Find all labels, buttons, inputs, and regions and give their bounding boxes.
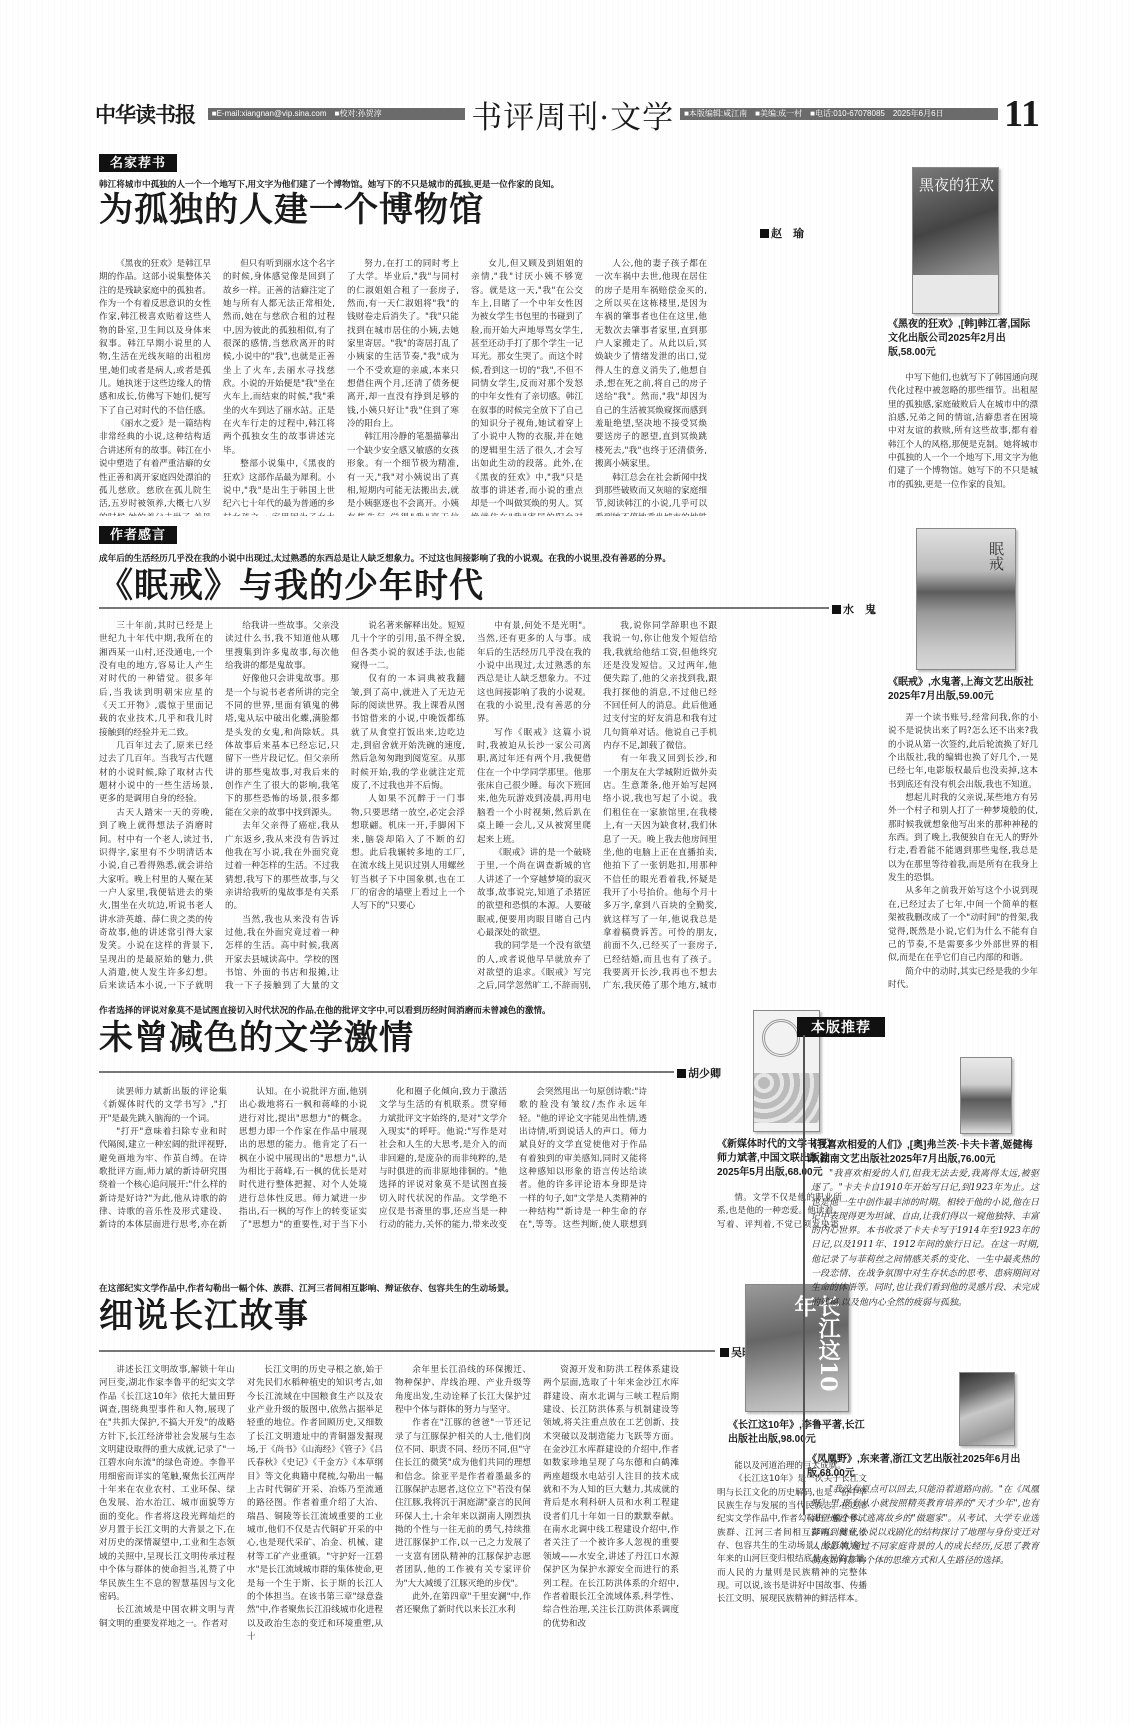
article3-lead: 作者选择的评说对象莫不是试图直接切入时代状况的作品,在他的批评文字中,可以看到历… <box>99 1004 551 1016</box>
article3-body: 读罢师力斌新出版的评论集《新媒体时代的文学书写》,"打开"是最先跳入脑海的一个词… <box>99 1086 647 1228</box>
paragraph: 古天人踏宋一天的旁晚,到了晚上就得想法子消磨时间。村中有一个老人,读过书,识得字… <box>99 807 213 992</box>
paragraph: 认知。在小说批评方面,他别出心裁地将石一枫和蒋峰的小说进行对比,提出"思想力"的… <box>239 1086 367 1228</box>
article1-lead: 韩江将城市中孤独的人一个一个地写下,用文字为他们建了一个博物馆。她写下的不只是城… <box>99 178 559 190</box>
article3-byline: 胡少卿 <box>677 1065 721 1081</box>
book-cover-kafka <box>960 1057 1012 1134</box>
section-tag-author-note: 作者感言 <box>99 526 177 544</box>
paragraph: 讲述长江文明故事,解锁十年山河巨变,湖北作家李鲁平的纪实文学作品《长江这10年》… <box>99 1364 235 1604</box>
book-cover-night-carnival: 黑夜的狂欢 <box>912 167 999 314</box>
article2-right-col: 弄一个读书账号,经常问我,你的小说不是说快出来了吗?怎么还不出来?我的小说从第一… <box>888 712 1038 996</box>
paragraph: "我没有原点可以回去,只能沿着道路向前。"在《凤凰野》里,既有从小就按照精英教育… <box>811 1483 1039 1569</box>
article2-col-5: 我,说你同学辞职也不跟我说一句,你让他发个短信给我,我就给他结工资,但他终究还是… <box>603 620 717 992</box>
section-title: 书评周刊·文学 <box>465 92 680 137</box>
sidebar-book2-blurb: "我没有原点可以回去,只能沿着道路向前。"在《凤凰野》里,既有从小就按照精英教育… <box>811 1483 1039 1569</box>
article1-col-2: 但只有听到丽水这个名字的时候,身体感觉像是回到了故乡一样。正善的洁癖注定了她与所… <box>223 258 335 516</box>
cover-ornament <box>762 1019 800 1057</box>
sidebar-book1-caption: 《我喜欢相爱的人们》,[奥]弗兰茨·卡夫卡著,姬健梅译,湖南文艺出版社2025年… <box>807 1139 1039 1167</box>
section-tag-featured: 名家荐书 <box>99 154 177 172</box>
article3-col-2: 认知。在小说批评方面,他别出心裁地将石一枫和蒋峰的小说进行对比,提出"思想力"的… <box>239 1086 367 1228</box>
paragraph: "打开"意味着扫除专业和时代隔阂,建立一种宏阔的批评视野,避免画地为牢、作茧自缚… <box>99 1126 227 1228</box>
paragraph: 整部小说集中,《黑夜的狂欢》这部作品最为犀利。小说中,"我"是出生于韩国上世纪六… <box>223 458 335 516</box>
article4-rule <box>99 1350 715 1352</box>
newspaper-page: 中华读书报 ■E-mail:xiangnan@vip.sina.com ■校对:… <box>0 0 1133 1725</box>
paragraph: 长江文明的历史寻根之旅,始于对先民们水稻种植史的知识考古,如今长江流域在中国粮食… <box>247 1364 383 1644</box>
paragraph: 想起儿时我的父亲说,某些地方有另外一个村子和别人打了一种梦境般的仗,那时候我就想… <box>888 792 1038 885</box>
paragraph: 人如果不沉醉于一门事物,只要思绪一放空,必定会浮想联翩。机床一开,手脚闲下来,脑… <box>351 793 465 913</box>
paragraph: 我的同学是一个没有欲望的人,或者说他早早就放弃了对欲望的追求。《眠戒》写完之后,… <box>477 940 591 992</box>
article2-byline: 水 鬼 <box>832 601 876 617</box>
article3-col-4: 会突然甩出一句原创诗歌:"诗歌的脸没有皱纹/杰作永远年轻。"他的评论文字能见出性… <box>519 1086 647 1228</box>
book-cover-mianjie: 眠戒 <box>916 528 1016 670</box>
paragraph: 弄一个读书账号,经常问我,你的小说不是说快出来了吗?怎么还不出来?我的小说从第一… <box>888 712 1038 792</box>
paragraph: 会突然甩出一句原创诗歌:"诗歌的脸没有皱纹/杰作永远年轻。"他的评论文字能见出性… <box>519 1086 647 1228</box>
contact-bar: ■E-mail:xiangnan@vip.sina.com ■校对:孙贺淳 <box>208 108 465 120</box>
article4-col-3: 余年里长江沿线的环保搬迁、物种保护、岸线治理、产业升级等角度出发,生动诠释了长江… <box>395 1364 531 1714</box>
paragraph: 《眠戒》讲的是一个破晓于里,一个尚在调查新城的官人讲述了一个穿越梦境的寂灭故事,… <box>477 847 591 940</box>
paragraph: 《黑夜的狂欢》是韩江早期的作品。这部小说集整体关注的是残缺家庭中的孤独者。作为一… <box>99 258 211 418</box>
paragraph: "我喜欢相爱的人们,但我无法去爱,我离得太远,被驱逐了。"卡夫卡自1910年开始… <box>811 1167 1039 1310</box>
paragraph: 人公,他的妻子孩子都在一次车祸中去世,他现在居住的房子是用车祸赔偿金买的,之所以… <box>595 258 707 472</box>
paragraph: 去年父亲得了癌症,我从广东返乡,我从来没有告诉过他我在写小说,我在外面究竟过着一… <box>225 820 339 913</box>
article2-lead: 成年后的生活经历几乎没在我的小说中出现过,太过熟悉的东西总是让人缺乏想象力。不过… <box>99 552 671 564</box>
cover-band <box>913 275 998 313</box>
paragraph: 化和圈子化倾向,致力于激活文学与生活的有机联系。贯穿师力斌批评文字始终的,是对"… <box>379 1086 507 1228</box>
sidebar-rule <box>803 1035 805 1515</box>
paragraph: 作者在"江豚的爸爸"一节还记录了与江豚保护相关的人士,他们岗位不同、职责不同、经… <box>395 1417 531 1590</box>
paragraph: 仅有的一本词典被我翻皱,到了高中,就进入了无边无际的阅读世界。我上课看从图书馆借… <box>351 673 465 793</box>
article1-byline: 赵 瑜 <box>760 225 804 241</box>
paragraph: 当然,我也从来没有告诉过他,我在外面究竟过着一种怎样的生活。高中时候,我离开家去… <box>225 914 339 992</box>
paragraph: 中有景,何处不是光明"。当然,还有更多的人与事。成年后的生活经历几乎没在我的小说… <box>477 620 591 727</box>
article2-col-4: 中有景,何处不是光明"。当然,还有更多的人与事。成年后的生活经历几乎没在我的小说… <box>477 620 591 992</box>
newspaper-logo: 中华读书报 <box>95 99 198 129</box>
paragraph: 有一年我又回到长沙,和一个朋友在大学城附近做外卖店。生意萧条,他开始写起网络小说… <box>603 753 717 992</box>
paragraph: 韩江总会在社会新闻中找到那些破败而又灰暗的家庭细节,阅读韩江的小说,几乎可以看到… <box>595 472 707 517</box>
article4-col-2: 长江文明的历史寻根之旅,始于对先民们水稻种植史的知识考古,如今长江流域在中国粮食… <box>247 1364 383 1714</box>
paragraph: 女儿,但又顾及到姐姐的亲情,"我"讨厌小姨不够宽容。就是这一天,"我"在公交车上… <box>471 258 583 516</box>
article4-body: 讲述长江文明故事,解锁十年山河巨变,湖北作家李鲁平的纪实文学作品《长江这10年》… <box>99 1364 679 1714</box>
paragraph: 长江流域是中国农耕文明与青铜文明的重要发祥地之一。作者对 <box>99 1604 235 1631</box>
article2-col-3: 说名著来解释出处。短短几十个字的引用,虽不得全貌,但各类小说的叙述手法,也能窥得… <box>351 620 465 992</box>
article3-col-1: 读罢师力斌新出版的评论集《新媒体时代的文学书写》,"打开"是最先跳入脑海的一个词… <box>99 1086 227 1228</box>
paragraph: 给我讲一些故事。父亲没读过什么书,我不知道他从哪里搜集到许多鬼故事,每次他给我讲… <box>225 620 339 673</box>
sidebar-book2-caption: 《凤凰野》,东来著,浙江文艺出版社2025年6月出版,68.00元 <box>807 1453 1039 1481</box>
article2-col-1: 三十年前,其时已经是上世纪九十年代中期,我所在的湘西某一山村,还没通电,一个没有… <box>99 620 213 992</box>
sidebar-tag: 本版推荐 <box>797 1017 885 1037</box>
editor-bar: ■本版编辑:咸江南 ■美编:成一村 ■电话:010-67078085 2025年… <box>680 108 998 120</box>
paragraph: 写作《眠戒》这篇小说时,我被迫从长沙一家公司离职,离过年还有两个月,我便借住在一… <box>477 727 591 847</box>
article2-body: 三十年前,其时已经是上世纪九十年代中期,我所在的湘西某一山村,还没通电,一个没有… <box>99 620 717 992</box>
article2-col-2: 给我讲一些故事。父亲没读过什么书,我不知道他从哪里搜集到许多鬼故事,每次他给我讲… <box>225 620 339 992</box>
page-number: 11 <box>1004 92 1040 136</box>
article1-headline: 为孤独的人建一个博物馆 <box>99 190 484 230</box>
paragraph: 此外,在第四章"千里安澜"中,作者还聚焦了新时代以来长江水利 <box>395 1591 531 1618</box>
article2-book-caption: 《眠戒》,水鬼著,上海文艺出版社2025年7月出版,59.00元 <box>888 676 1038 704</box>
paragraph: 简介中的动时,其实已经是我的少年时代。 <box>888 966 1038 993</box>
article1-book-caption: 《黑夜的狂欢》,[韩]韩江著,国际文化出版公司2025年2月出版,58.00元 <box>888 318 1038 360</box>
article1-col-1: 《黑夜的狂欢》是韩江早期的作品。这部小说集整体关注的是残缺家庭中的孤独者。作为一… <box>99 258 211 516</box>
paragraph: 好像他只会讲鬼故事。那是一个与说书老者所讲的完全不同的世界,里面有镇鬼的佛塔,鬼… <box>225 673 339 820</box>
article2-rule <box>99 607 829 609</box>
paragraph: 但只有听到丽水这个名字的时候,身体感觉像是回到了故乡一样。正善的洁癖注定了她与所… <box>223 258 335 458</box>
article3-rule <box>99 1071 674 1073</box>
paragraph: 《丽水之爱》是一篇结构非常经典的小说,这种结构适合讲述所有的故事。韩江在小说中塑… <box>99 418 211 516</box>
article1-col-3: 努力,在打工的同时考上了大学。毕业后,"我"与同村的仁淑姐姐合租了一套房子,然而… <box>347 258 459 516</box>
article1-col-4: 女儿,但又顾及到姐姐的亲情,"我"讨厌小姨不够宽容。就是这一天,"我"在公交车上… <box>471 258 583 516</box>
paragraph: 韩江用冷静的笔墨描摹出一个缺少安全感又敏感的女孩形象。有一个细节极为精准,有一天… <box>347 431 459 516</box>
book-cover-phoenix-field <box>959 1372 1015 1446</box>
article3-col-3: 化和圈子化倾向,致力于激活文学与生活的有机联系。贯穿师力斌批评文字始终的,是对"… <box>379 1086 507 1228</box>
recommendations-sidebar: 本版推荐 《我喜欢相爱的人们》,[奥]弗兰茨·卡夫卡著,姬健梅译,湖南文艺出版社… <box>797 1017 1042 1537</box>
article2-headline: 《眠戒》与我的少年时代 <box>99 566 484 606</box>
paragraph: 我,说你同学辞职也不跟我说一句,你让他发个短信给我,我就给他结工资,但他终究还是… <box>603 620 717 753</box>
article4-lead: 在这部纪实文学作品中,作者勾勒出一幅个体、族群、江河三者间相互影响、辩证依存、包… <box>99 1282 514 1294</box>
article3-headline: 未曾减色的文学激情 <box>99 1018 414 1058</box>
paragraph: 中写下他们,也就写下了韩国通向现代化过程中被忽略的那些细节。出租屋里的孤独感,家… <box>888 372 1038 492</box>
article4-headline: 细说长江故事 <box>99 1296 309 1336</box>
paragraph: 三十年前,其时已经是上世纪九十年代中期,我所在的湘西某一山村,还没通电,一个没有… <box>99 620 213 740</box>
article1-col-5: 人公,他的妻子孩子都在一次车祸中去世,他现在居住的房子是用车祸赔偿金买的,之所以… <box>595 258 707 516</box>
paragraph: 说名著来解释出处。短短几十个字的引用,虽不得全貌,但各类小说的叙述手法,也能窥得… <box>351 620 465 673</box>
paragraph: 几百年过去了,原来已经过去了几百年。当我写古代题材的小说时候,除了取材古代题材小… <box>99 740 213 807</box>
paragraph: 从多年之前我开始写这个小说到现在,已经过去了七年,中间一个简单的框架被我删改成了… <box>888 885 1038 965</box>
paragraph: 余年里长江沿线的环保搬迁、物种保护、岸线治理、产业升级等角度出发,生动诠释了长江… <box>395 1364 531 1417</box>
paragraph: 资源开发和防洪工程体系建设两个层面,选取了十年来金沙江水库群建设、南水北调与三峡… <box>543 1364 679 1631</box>
article1-body: 《黑夜的狂欢》是韩江早期的作品。这部小说集整体关注的是残缺家庭中的孤独者。作为一… <box>99 258 707 516</box>
sidebar-book1-blurb: "我喜欢相爱的人们,但我无法去爱,我离得太远,被驱逐了。"卡夫卡自1910年开始… <box>811 1167 1039 1310</box>
paragraph: 努力,在打工的同时考上了大学。毕业后,"我"与同村的仁淑姐姐合租了一套房子,然而… <box>347 258 459 431</box>
article4-col-4: 资源开发和防洪工程体系建设两个层面,选取了十年来金沙江水库群建设、南水北调与三峡… <box>543 1364 679 1714</box>
article4-col-1: 讲述长江文明故事,解锁十年山河巨变,湖北作家李鲁平的纪实文学作品《长江这10年》… <box>99 1364 235 1714</box>
masthead: 中华读书报 ■E-mail:xiangnan@vip.sina.com ■校对:… <box>95 95 1040 133</box>
paragraph: 读罢师力斌新出版的评论集《新媒体时代的文学书写》,"打开"是最先跳入脑海的一个词… <box>99 1086 227 1126</box>
article1-col-6: 中写下他们,也就写下了韩国通向现代化过程中被忽略的那些细节。出租屋里的孤独感,家… <box>888 372 1038 512</box>
